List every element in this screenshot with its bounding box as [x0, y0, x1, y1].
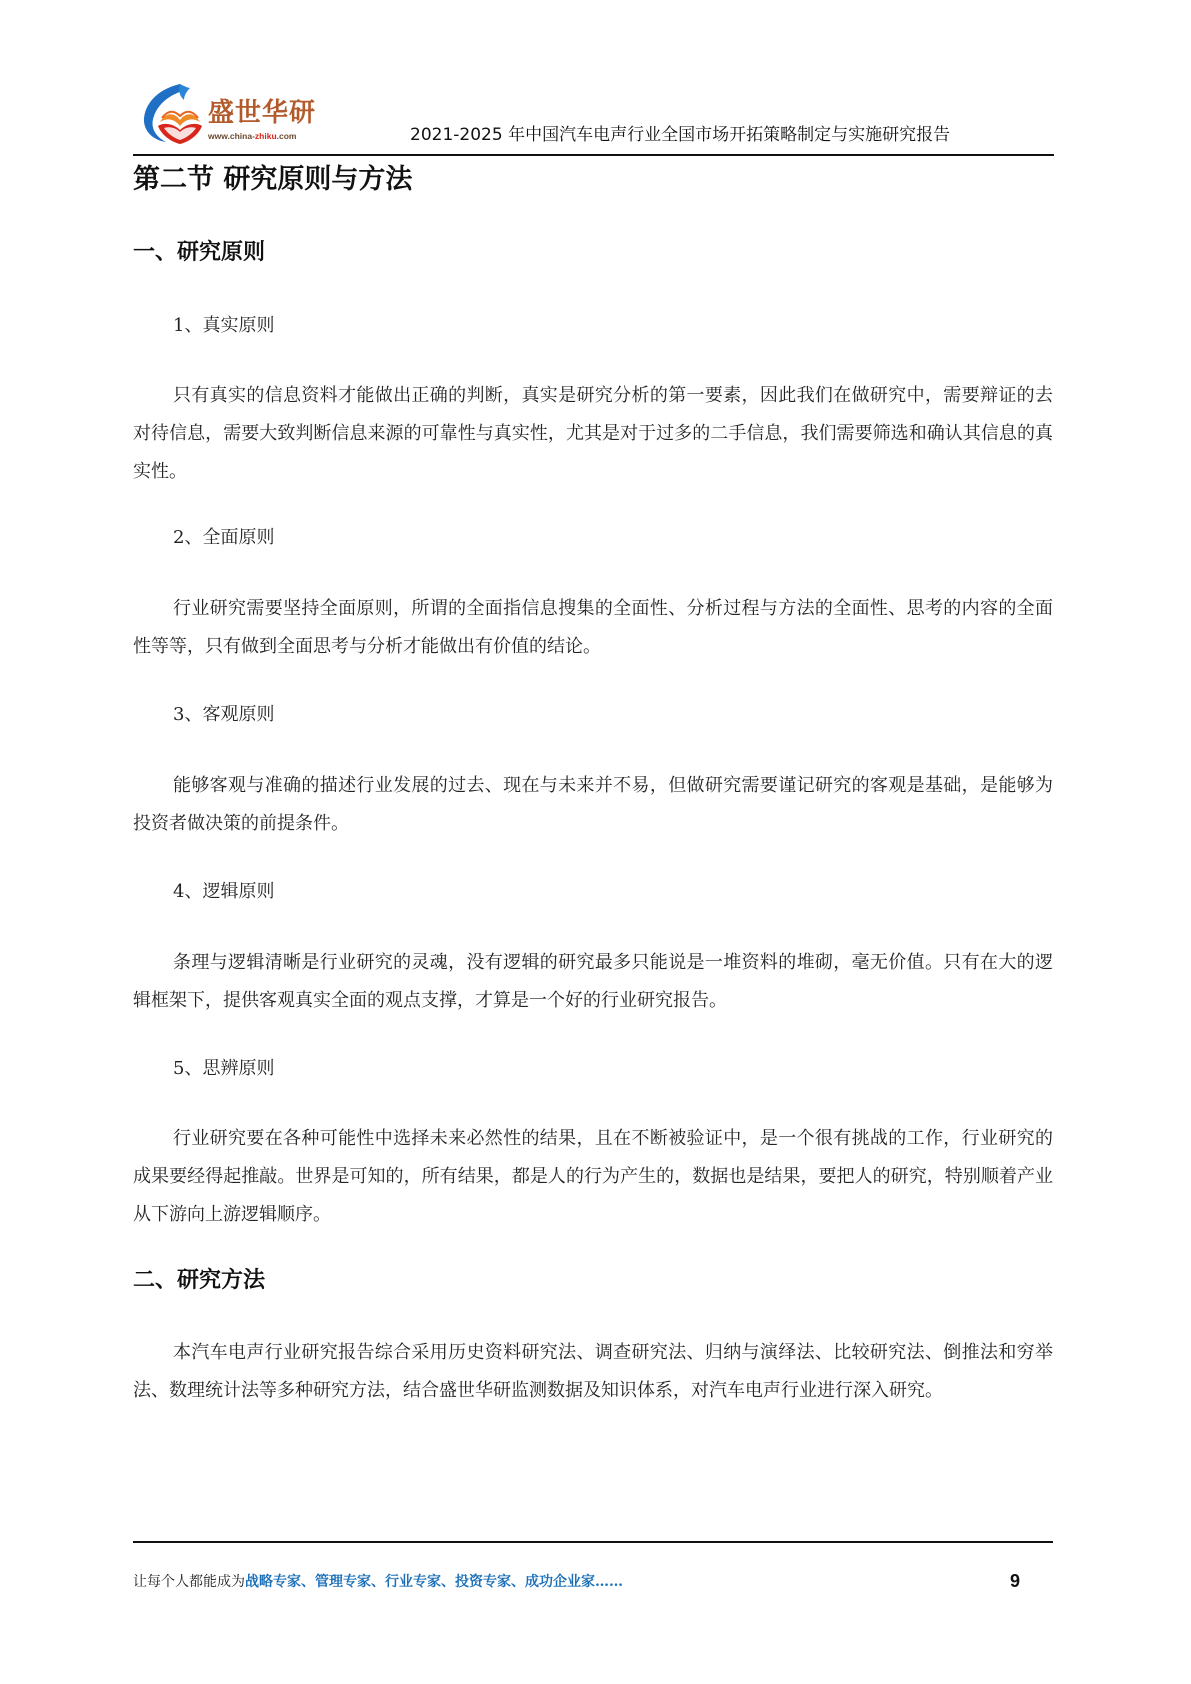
footer-slogan-highlight: 战略专家、管理专家、行业专家、投资专家、成功企业家…… — [245, 1574, 623, 1590]
logo-url-suffix: .com — [277, 131, 297, 141]
principle-3-label: 3、客观原则 — [173, 702, 274, 728]
company-logo-icon — [140, 82, 206, 146]
part1-heading: 一、研究原则 — [133, 238, 265, 268]
principle-5-text: 行业研究要在各种可能性中选择未来必然性的结果，且在不断被验证中，是一个很有挑战的… — [133, 1120, 1053, 1234]
footer-slogan-prefix: 让每个人都能成为 — [133, 1574, 245, 1590]
footer-slogan: 让每个人都能成为战略专家、管理专家、行业专家、投资专家、成功企业家…… — [133, 1572, 623, 1592]
logo-wordmark: 盛世华研 — [208, 98, 316, 128]
logo-url: www.china-zhiku.com — [208, 131, 297, 141]
logo-url-highlight: zhiku — [255, 131, 277, 141]
part2-heading: 二、研究方法 — [133, 1266, 265, 1296]
page-number: 9 — [1010, 1569, 1020, 1593]
principle-3-text: 能够客观与准确的描述行业发展的过去、现在与未来并不易，但做研究需要谨记研究的客观… — [133, 767, 1053, 843]
methods-text: 本汽车电声行业研究报告综合采用历史资料研究法、调查研究法、归纳与演绎法、比较研究… — [133, 1334, 1053, 1410]
report-title: 2021-2025 年中国汽车电声行业全国市场开拓策略制定与实施研究报告 — [410, 124, 950, 146]
principle-1-label: 1、真实原则 — [173, 313, 274, 339]
logo-url-prefix: www.china- — [208, 131, 255, 141]
principle-1-text: 只有真实的信息资料才能做出正确的判断，真实是研究分析的第一要素，因此我们在做研究… — [133, 377, 1053, 491]
principle-4-label: 4、逻辑原则 — [173, 879, 274, 905]
principle-2-label: 2、全面原则 — [173, 525, 274, 551]
principle-5-label: 5、思辨原则 — [173, 1056, 274, 1082]
principle-4-text: 条理与逻辑清晰是行业研究的灵魂，没有逻辑的研究最多只能说是一堆资料的堆砌，毫无价… — [133, 944, 1053, 1020]
header-divider — [133, 154, 1054, 156]
footer-divider — [133, 1541, 1053, 1543]
section-title: 第二节 研究原则与方法 — [133, 162, 412, 198]
principle-2-text: 行业研究需要坚持全面原则，所谓的全面指信息搜集的全面性、分析过程与方法的全面性、… — [133, 590, 1053, 666]
